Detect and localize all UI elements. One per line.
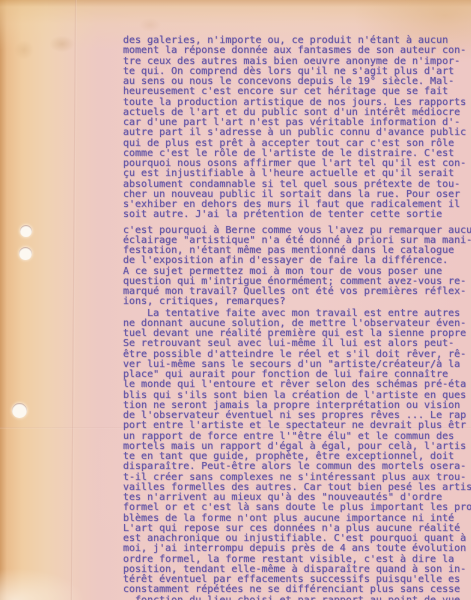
- typewritten-line: port entre l'artiste et le spectateur ne…: [123, 421, 471, 431]
- typewritten-line: heureusement c'est encore sur cet hérita…: [123, 87, 471, 97]
- paragraph: des galeries, n'importe ou, ce produit n…: [123, 36, 471, 221]
- vertical-fold-crease: [71, 0, 77, 600]
- typewritten-text-block: des galeries, n'importe ou, ce produit n…: [123, 36, 471, 600]
- punch-hole: [12, 403, 27, 418]
- typewritten-line: fonction du lieu choisi et par rapport a…: [123, 596, 471, 600]
- typewritten-line: autre part il s'adresse à un public conn…: [123, 128, 471, 138]
- typewritten-line: disparaître. Peut-être alors le commun d…: [123, 462, 471, 472]
- typewritten-line: de l'exposition afin d'essayer de faire …: [123, 256, 471, 266]
- scanned-paper-page: des galeries, n'importe ou, ce produit n…: [0, 0, 471, 600]
- typewritten-line: moment la réponse donnée aux fantasmes d…: [123, 46, 471, 56]
- typewritten-line: ions, critiques, remarques?: [123, 297, 471, 307]
- typewritten-line: constamment répétées ne se différenciant…: [123, 585, 471, 595]
- punch-hole: [19, 247, 32, 260]
- typewritten-line: çu est injustifiable à l'heure actuelle …: [123, 169, 471, 179]
- paragraph: c'est pourquoi à Berne comme vous l'avez…: [123, 226, 471, 308]
- typewritten-line: le monde qui l'entoure et rêver selon de…: [123, 380, 471, 390]
- typewritten-line: formel or et c'est là sans doute le plus…: [123, 503, 471, 513]
- punch-hole: [20, 225, 32, 237]
- paragraph: La tentative faite avec mon travail est …: [123, 309, 471, 600]
- typewritten-line: moi, j'ai interrompu depuis près de 4 an…: [123, 544, 471, 554]
- typewritten-line: soit autre. J'ai la prétention de tenter…: [123, 210, 471, 220]
- typewritten-line: Se retrouvant seul avec lui-même il lui …: [123, 339, 471, 349]
